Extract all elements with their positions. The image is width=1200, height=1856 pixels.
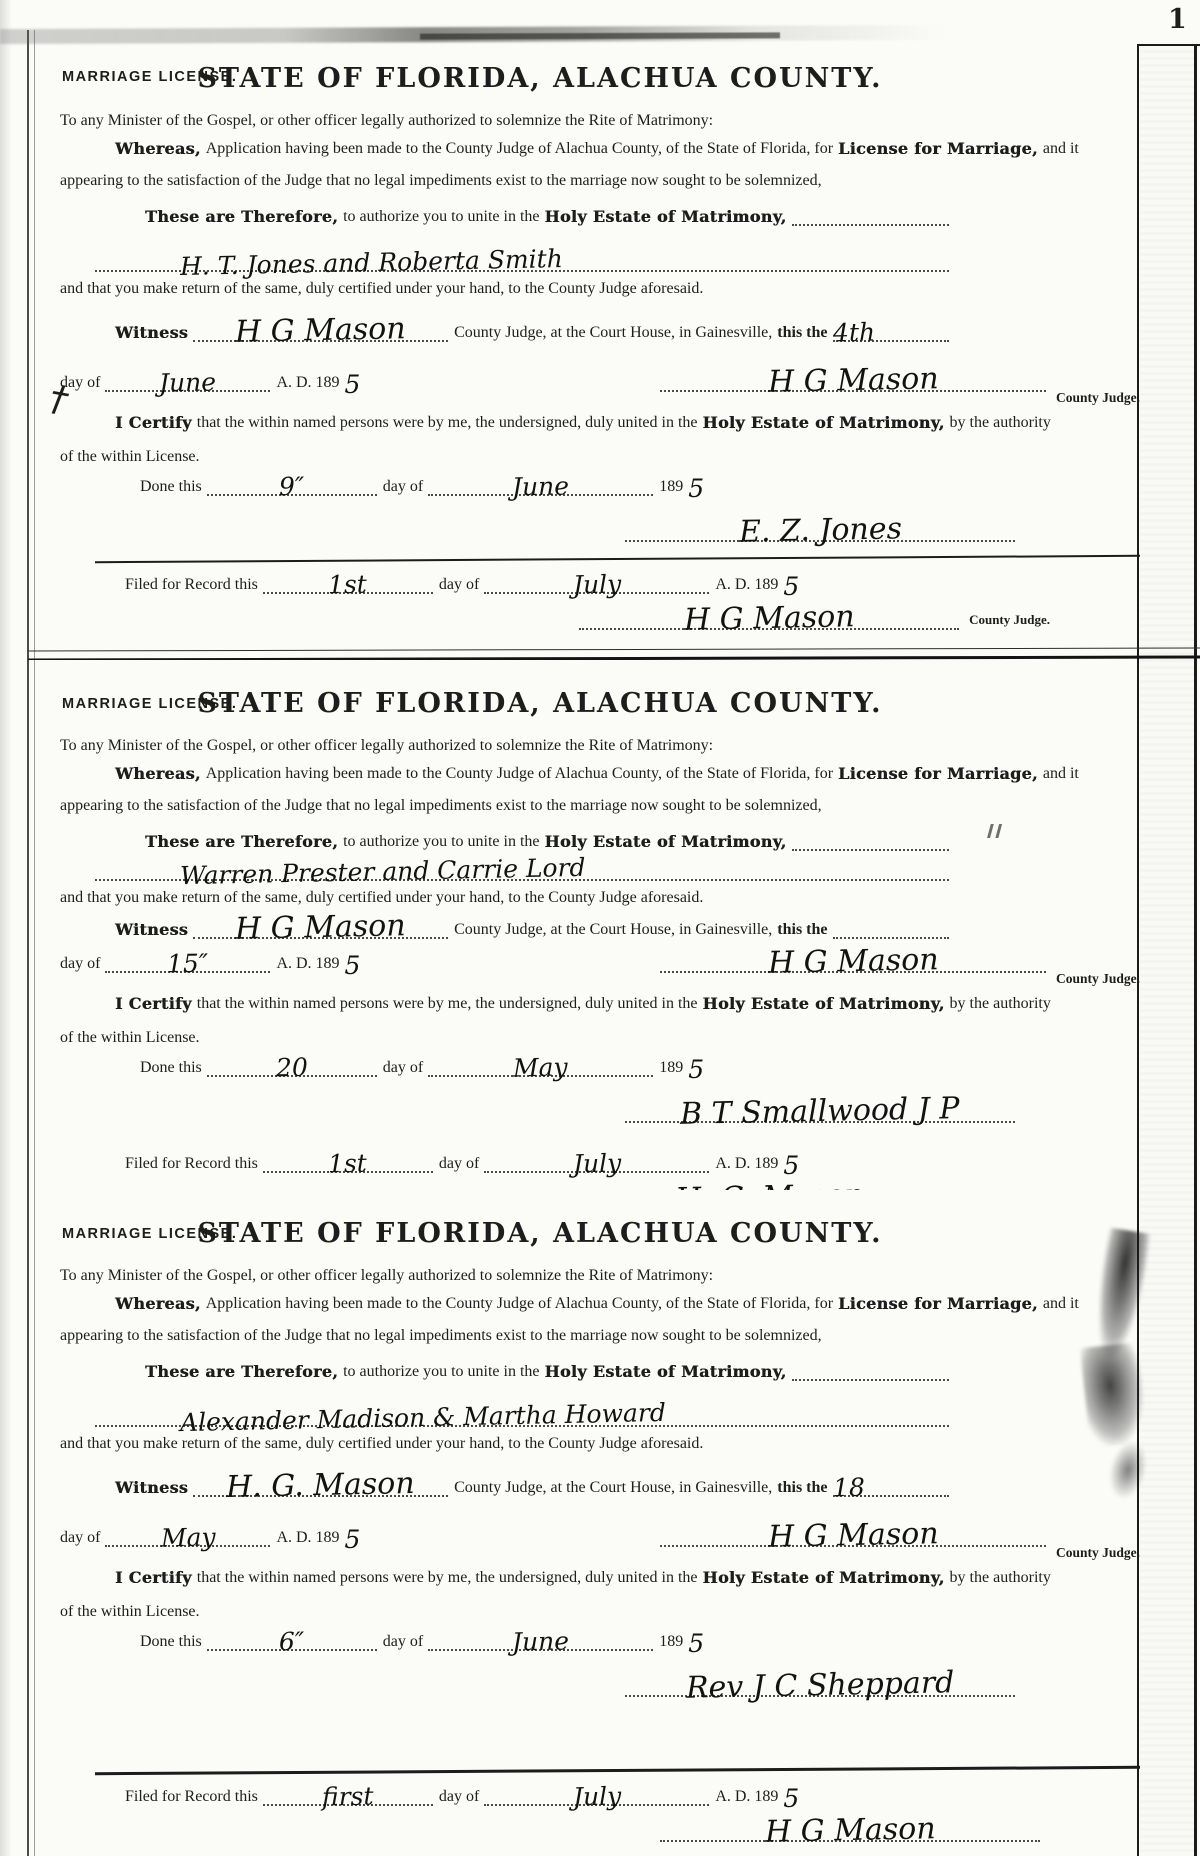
- day-of-label: day of: [383, 1058, 423, 1077]
- filed-signature-line: H. G. Mason County Judge.: [0, 1173, 1050, 1190]
- return-text: and that you make return of the same, du…: [60, 1434, 703, 1453]
- impediments-text: appearing to the satisfaction of the Jud…: [60, 1326, 822, 1345]
- certify-words: I Certify: [115, 1568, 192, 1587]
- filed-month-blank: July: [484, 1153, 709, 1173]
- salutation-line: To any Minister of the Gospel, or other …: [60, 1265, 955, 1285]
- handwritten-day-number: 4th: [832, 324, 874, 343]
- filed-for-record-label: Filed for Record this: [125, 575, 258, 594]
- judge-signature: H G Mason: [767, 1524, 938, 1549]
- done-this-label: Done this: [140, 477, 202, 496]
- witness-line: Witness H. G. Mason County Judge, at the…: [115, 1465, 955, 1497]
- judge-signature-group: H G Mason County Judge.: [660, 356, 1140, 392]
- certify-line: I Certify that the within named persons …: [115, 993, 955, 1013]
- authorize-body: to authorize you to unite in the: [343, 207, 539, 226]
- judge-signature-group: H G Mason County Judge.: [660, 937, 1140, 973]
- handwritten-year-digit: 5: [783, 578, 799, 596]
- county-judge-label: County Judge.: [1056, 971, 1140, 987]
- handwritten-month: 15″: [167, 955, 209, 974]
- month-blank: 15″: [105, 953, 270, 973]
- whereas-body: Application having been made to the Coun…: [206, 1294, 833, 1313]
- handwritten-year-digit: 5: [783, 1790, 799, 1808]
- county-judge-label: County Judge.: [1056, 390, 1140, 406]
- ad-year-label: A. D. 189: [276, 373, 339, 392]
- officiant-signature: B T Smallwood J P: [680, 1098, 960, 1125]
- return-text: and that you make return of the same, du…: [60, 888, 703, 907]
- impediments-text: appearing to the satisfaction of the Jud…: [60, 796, 822, 815]
- section-separator: [28, 647, 1200, 660]
- witness-word: Witness: [115, 323, 188, 342]
- handwritten-done-month: May: [513, 1058, 568, 1077]
- filed-judge-signature: H G Mason: [764, 1819, 935, 1844]
- officiant-signature-line: Rev J C Sheppard: [0, 1657, 1015, 1697]
- horizontal-rule: [95, 1766, 1140, 1775]
- marriage-license-record-1: MARRIAGE LICENSE. STATE OF FLORIDA, ALAC…: [0, 55, 1200, 660]
- form-label: MARRIAGE LICENSE.: [62, 1226, 237, 1242]
- handwritten-year-digit: 5: [688, 480, 704, 498]
- salutation-text: To any Minister of the Gospel, or other …: [60, 736, 713, 755]
- witness-word: Witness: [115, 920, 188, 939]
- record-book-page: 1 MARRIAGE LICENSE. STATE OF FLORIDA, AL…: [0, 0, 1200, 1856]
- date-and-judge-signature-line: day of May A. D. 189 5 H G Mason County …: [60, 1511, 1140, 1547]
- ad-year-label: A. D. 189: [715, 1787, 778, 1806]
- officiant-signature-line: B T Smallwood J P: [0, 1083, 1015, 1123]
- this-the-words: this the: [777, 1478, 827, 1497]
- return-line: and that you make return of the same, du…: [60, 887, 955, 907]
- witness-line: Witness H G Mason County Judge, at the C…: [115, 919, 955, 939]
- certify-words: I Certify: [115, 994, 192, 1013]
- day-of-label: day of: [439, 575, 479, 594]
- done-this-label: Done this: [140, 1632, 202, 1651]
- authorize-body: to authorize you to unite in the: [343, 1362, 539, 1381]
- dotted-leader: [792, 224, 949, 226]
- handwritten-filed-day: 1st: [328, 1155, 367, 1174]
- filed-day-blank: 1st: [263, 1153, 433, 1173]
- certify-tail: by the authority: [950, 1568, 1051, 1587]
- handwritten-filed-month: July: [573, 575, 622, 594]
- date-and-judge-signature-line: day of 15″ A. D. 189 5 H G Mason County …: [60, 953, 1140, 973]
- couple-names-line: † H. T. Jones and Roberta Smith: [95, 236, 955, 272]
- within-license-line: of the within License.: [60, 1601, 955, 1621]
- witness-word: Witness: [115, 1478, 188, 1497]
- filed-month-blank: July: [484, 574, 709, 594]
- witness-body: County Judge, at the Court House, in Gai…: [454, 323, 772, 342]
- within-license-line: of the within License.: [60, 446, 955, 466]
- officiant-signature: Rev J C Sheppard: [686, 1673, 955, 1700]
- filed-line: Filed for Record this 1st day of July A.…: [125, 574, 955, 594]
- cross-mark-icon: †: [46, 377, 71, 423]
- filed-day-blank: 1st: [263, 574, 433, 594]
- certify-body: that the within named persons were by me…: [197, 1568, 698, 1587]
- within-license-line: of the within License.: [60, 1027, 955, 1047]
- judge-signature-blank: H G Mason: [660, 937, 1046, 973]
- horizontal-rule: [95, 1136, 1140, 1142]
- done-line: Done this 6″ day of June 189 5: [140, 1631, 730, 1651]
- handwritten-filed-day: first: [322, 1787, 374, 1806]
- officiant-signature-blank: Rev J C Sheppard: [625, 1657, 1015, 1697]
- county-judge-label: County Judge.: [969, 612, 1050, 648]
- whereas-line: Whereas, Application having been made to…: [115, 763, 955, 783]
- certify-line: I Certify that the within named persons …: [115, 1567, 955, 1587]
- month-blank: May: [105, 1527, 270, 1547]
- handwritten-done-day: 9″: [279, 478, 305, 497]
- handwritten-year-digit: 5: [688, 1635, 704, 1653]
- date-and-judge-signature-line: day of June A. D. 189 5 H G Mason County…: [60, 356, 1140, 392]
- whereas-word: Whereas,: [115, 1294, 201, 1313]
- within-license-text: of the within License.: [60, 1028, 200, 1047]
- judge-signature-blank: H G Mason: [660, 1511, 1046, 1547]
- marriage-license-record-3: MARRIAGE LICENSE. STATE OF FLORIDA, ALAC…: [0, 1190, 1200, 1856]
- salutation-line: To any Minister of the Gospel, or other …: [60, 110, 955, 130]
- whereas-tail: and it: [1043, 764, 1079, 783]
- handwritten-month: June: [159, 373, 216, 392]
- holy-estate-words: Holy Estate of Matrimony,: [703, 1568, 945, 1587]
- done-month-blank: June: [428, 476, 653, 496]
- couple-names-blank: H. T. Jones and Roberta Smith: [95, 236, 949, 272]
- whereas-line: Whereas, Application having been made to…: [115, 138, 955, 158]
- day-of-label: day of: [439, 1154, 479, 1173]
- couple-names-blank: Warren Prester and Carrie Lord: [95, 845, 949, 881]
- couple-names-blank: Alexander Madison & Martha Howard: [95, 1391, 949, 1427]
- day-number-blank: 18: [833, 1477, 949, 1497]
- handwritten-done-day: 20: [276, 1059, 308, 1078]
- done-day-blank: 20: [207, 1057, 377, 1077]
- filed-for-record-label: Filed for Record this: [125, 1787, 258, 1806]
- ad-year-label: A. D. 189: [715, 575, 778, 594]
- handwritten-year-digit: 5: [783, 1157, 799, 1175]
- impediments-line: appearing to the satisfaction of the Jud…: [60, 1325, 955, 1345]
- impediments-text: appearing to the satisfaction of the Jud…: [60, 171, 822, 190]
- day-number-blank: 4th: [833, 322, 949, 342]
- filed-line: Filed for Record this 1st day of July A.…: [125, 1153, 955, 1173]
- done-line: Done this 9″ day of June 189 5: [140, 476, 730, 496]
- license-for-marriage-words: License for Marriage,: [838, 1294, 1038, 1313]
- filed-signature-blank: H. G. Mason: [579, 1173, 959, 1190]
- certify-tail: by the authority: [950, 413, 1051, 432]
- whereas-word: Whereas,: [115, 764, 201, 783]
- year-label: 189: [659, 1058, 683, 1077]
- couple-names-line: Alexander Madison & Martha Howard: [95, 1391, 955, 1427]
- whereas-tail: and it: [1043, 139, 1079, 158]
- therefore-words: These are Therefore,: [145, 207, 338, 226]
- handwritten-month: May: [160, 1528, 215, 1547]
- handwritten-done-month: June: [512, 477, 569, 496]
- judge-signature: H G Mason: [767, 369, 938, 394]
- filed-line: Filed for Record this first day of July …: [125, 1786, 955, 1806]
- license-for-marriage-words: License for Marriage,: [838, 764, 1038, 783]
- certify-words: I Certify: [115, 413, 192, 432]
- handwritten-year-digit: 5: [345, 957, 361, 975]
- done-line: Done this 20 day of May 189 5: [140, 1057, 730, 1077]
- holy-estate-words: Holy Estate of Matrimony,: [703, 994, 945, 1013]
- witness-line: Witness H G Mason County Judge, at the C…: [115, 310, 955, 342]
- whereas-body: Application having been made to the Coun…: [206, 764, 833, 783]
- certify-body: that the within named persons were by me…: [197, 994, 698, 1013]
- handwritten-year-digit: 5: [688, 1061, 704, 1079]
- officiant-signature: E. Z. Jones: [738, 519, 901, 544]
- whereas-tail: and it: [1043, 1294, 1079, 1313]
- whereas-word: Whereas,: [115, 139, 201, 158]
- filed-judge-signature: H G Mason: [684, 607, 855, 632]
- witness-body: County Judge, at the Court House, in Gai…: [454, 1478, 772, 1497]
- date-group: day of June A. D. 189 5: [60, 372, 620, 392]
- ad-year-label: A. D. 189: [276, 954, 339, 973]
- impediments-line: appearing to the satisfaction of the Jud…: [60, 170, 955, 190]
- handwritten-year-digit: 5: [345, 376, 361, 394]
- holy-estate-words: Holy Estate of Matrimony,: [545, 207, 787, 226]
- this-the-words: this the: [777, 323, 827, 342]
- handwritten-done-day: 6″: [279, 1633, 305, 1652]
- done-month-blank: May: [428, 1057, 653, 1077]
- judge-signature-group: H G Mason County Judge.: [660, 1511, 1140, 1547]
- certify-line: I Certify that the within named persons …: [115, 412, 955, 432]
- holy-estate-words: Holy Estate of Matrimony,: [545, 1362, 787, 1381]
- whereas-body: Application having been made to the Coun…: [206, 139, 833, 158]
- handwritten-filed-day: 1st: [328, 576, 367, 595]
- day-of-label: day of: [439, 1787, 479, 1806]
- day-of-label: day of: [60, 954, 100, 973]
- ad-year-label: A. D. 189: [276, 1528, 339, 1547]
- salutation-text: To any Minister of the Gospel, or other …: [60, 1266, 713, 1285]
- impediments-line: appearing to the satisfaction of the Jud…: [60, 795, 955, 815]
- ad-year-label: A. D. 189: [715, 1154, 778, 1173]
- judge-signature: H G Mason: [767, 950, 938, 975]
- handwritten-witness-signature: H G Mason: [235, 916, 406, 941]
- officiant-signature-line: E. Z. Jones: [0, 502, 1015, 542]
- witness-name-blank: H G Mason: [193, 310, 448, 342]
- within-license-text: of the within License.: [60, 1602, 200, 1621]
- done-day-blank: 6″: [207, 1631, 377, 1651]
- whereas-line: Whereas, Application having been made to…: [115, 1293, 955, 1313]
- handwritten-witness-signature: H G Mason: [235, 319, 406, 344]
- holy-estate-words: Holy Estate of Matrimony,: [703, 413, 945, 432]
- handwritten-filed-month: July: [573, 1787, 622, 1806]
- license-for-marriage-words: License for Marriage,: [838, 139, 1038, 158]
- judge-signature-blank: H G Mason: [660, 356, 1046, 392]
- salutation-text: To any Minister of the Gospel, or other …: [60, 111, 713, 130]
- form-label: MARRIAGE LICENSE.: [62, 69, 237, 85]
- salutation-line: To any Minister of the Gospel, or other …: [60, 735, 955, 755]
- license-header: MARRIAGE LICENSE. STATE OF FLORIDA, ALAC…: [60, 660, 960, 719]
- authorize-line: These are Therefore, to authorize you to…: [145, 1361, 955, 1381]
- certify-tail: by the authority: [950, 994, 1051, 1013]
- filed-day-blank: first: [263, 1786, 433, 1806]
- license-header: MARRIAGE LICENSE. STATE OF FLORIDA, ALAC…: [60, 1190, 960, 1249]
- certify-body: that the within named persons were by me…: [197, 413, 698, 432]
- month-blank: June: [105, 372, 270, 392]
- page-number: 1: [1168, 4, 1187, 35]
- filed-signature-line: H G Mason: [0, 1806, 1050, 1842]
- done-month-blank: June: [428, 1631, 653, 1651]
- handwritten-couple-names: H. T. Jones and Roberta Smith: [180, 250, 563, 276]
- horizontal-rule: [95, 555, 1140, 563]
- handwritten-year-digit: 5: [345, 1531, 361, 1549]
- date-group: day of May A. D. 189 5: [60, 1527, 620, 1547]
- date-group: day of 15″ A. D. 189 5: [60, 953, 620, 973]
- day-of-label: day of: [383, 1632, 423, 1651]
- officiant-signature-blank: E. Z. Jones: [625, 502, 1015, 542]
- dotted-leader: [792, 1379, 949, 1381]
- filed-signature-line: H G Mason County Judge.: [0, 594, 1050, 630]
- form-label: MARRIAGE LICENSE.: [62, 696, 237, 712]
- handwritten-day-number: 18: [832, 1479, 864, 1498]
- filed-signature-blank: H G Mason: [579, 594, 959, 630]
- day-of-label: day of: [383, 477, 423, 496]
- year-label: 189: [659, 477, 683, 496]
- year-label: 189: [659, 1632, 683, 1651]
- handwritten-filed-month: July: [573, 1154, 622, 1173]
- county-judge-label: County Judge.: [1056, 1545, 1140, 1561]
- filed-signature-blank: H G Mason: [660, 1806, 1040, 1842]
- authorize-line: These are Therefore, to authorize you to…: [145, 206, 955, 226]
- marriage-license-record-2: MARRIAGE LICENSE. STATE OF FLORIDA, ALAC…: [0, 660, 1200, 1190]
- filed-for-record-label: Filed for Record this: [125, 1154, 258, 1173]
- officiant-signature-blank: B T Smallwood J P: [625, 1083, 1015, 1123]
- filed-month-blank: July: [484, 1786, 709, 1806]
- return-line: and that you make return of the same, du…: [60, 278, 955, 298]
- therefore-words: These are Therefore,: [145, 1362, 338, 1381]
- day-of-label: day of: [60, 1528, 100, 1547]
- done-this-label: Done this: [140, 1058, 202, 1077]
- handwritten-witness-signature: H. G. Mason: [226, 1473, 415, 1499]
- witness-name-blank: H G Mason: [193, 907, 448, 939]
- handwritten-couple-names: Warren Prester and Carrie Lord: [180, 859, 586, 885]
- witness-name-blank: H. G. Mason: [193, 1465, 448, 1497]
- couple-names-line: Warren Prester and Carrie Lord: [95, 861, 955, 881]
- handwritten-done-month: June: [512, 1632, 569, 1651]
- scan-smudge: [420, 32, 780, 39]
- handwritten-couple-names: Alexander Madison & Martha Howard: [180, 1404, 666, 1432]
- license-header: MARRIAGE LICENSE. STATE OF FLORIDA, ALAC…: [60, 55, 960, 94]
- within-license-text: of the within License.: [60, 447, 200, 466]
- return-text: and that you make return of the same, du…: [60, 279, 703, 298]
- done-day-blank: 9″: [207, 476, 377, 496]
